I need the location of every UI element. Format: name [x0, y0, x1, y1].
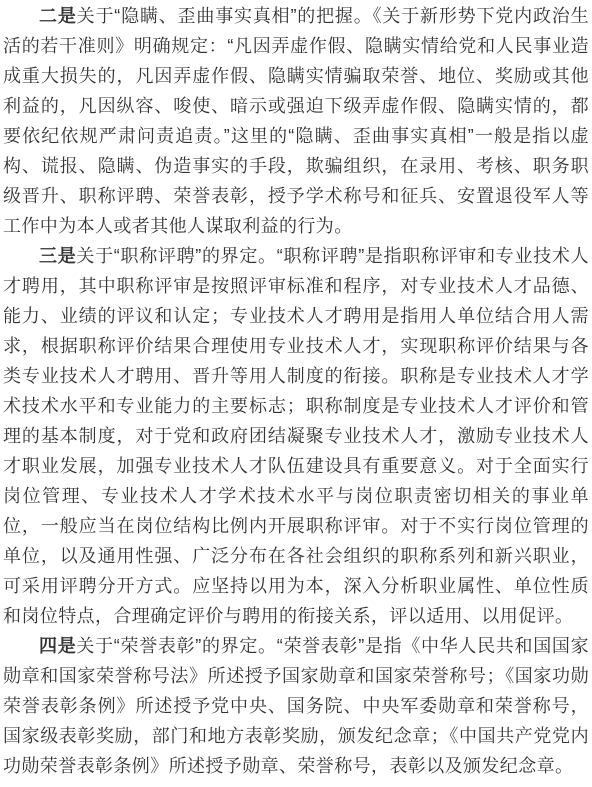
paragraph-third-point: 三是关于“职称评聘”的界定。“职称评聘”是指职称评审和专业技术人才聘用，其中职称…	[3, 241, 589, 631]
paragraph-lead: 二是	[39, 6, 77, 26]
paragraph-text: 关于“荣誉表彰”的界定。“荣誉表彰”是指《中华人民共和国国家勋章和国家荣誉称号法…	[3, 636, 589, 776]
paragraph-text: 关于“隐瞒、歪曲事实真相”的把握。《关于新形势下党内政治生活的若干准则》明确规定…	[3, 6, 589, 236]
paragraph-lead: 四是	[39, 636, 76, 656]
paragraph-text: 关于“职称评聘”的界定。“职称评聘”是指职称评审和专业技术人才聘用，其中职称评审…	[3, 246, 589, 626]
paragraph-second-point: 二是关于“隐瞒、歪曲事实真相”的把握。《关于新形势下党内政治生活的若干准则》明确…	[3, 1, 589, 241]
paragraph-fourth-point: 四是关于“荣誉表彰”的界定。“荣誉表彰”是指《中华人民共和国国家勋章和国家荣誉称…	[3, 631, 589, 781]
paragraph-lead: 三是	[39, 246, 76, 266]
document-page: 二是关于“隐瞒、歪曲事实真相”的把握。《关于新形势下党内政治生活的若干准则》明确…	[0, 0, 592, 787]
